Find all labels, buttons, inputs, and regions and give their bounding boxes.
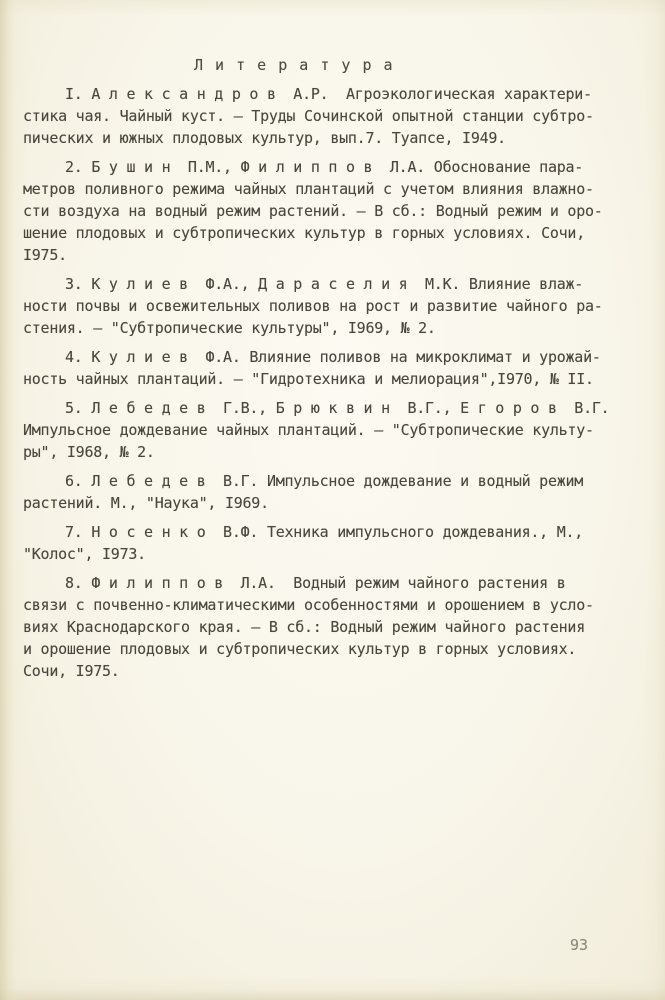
reference-line: Сочи, I975.	[23, 660, 645, 682]
reference-line: и орошение плодовых и субтропических кул…	[23, 638, 645, 660]
reference-entry-6: 6. Л е б е д е в В.Г. Импульсное дождева…	[23, 470, 645, 514]
reference-line: "Колос", I973.	[23, 543, 645, 565]
reference-line: 7. Н о с е н к о В.Ф. Техника импульсног…	[23, 521, 645, 543]
reference-line: растений. М., "Наука", I969.	[23, 492, 645, 514]
reference-line: ность чайных плантаций. – "Гидротехника …	[23, 368, 645, 390]
reference-entry-8: 8. Ф и л и п п о в Л.А. Водный режим чай…	[23, 572, 645, 682]
reference-entry-1: I. А л е к с а н д р о в А.Р. Агроэколог…	[23, 83, 645, 149]
reference-line: Импульсное дождевание чайных плантаций. …	[23, 419, 645, 441]
page-number: 93	[570, 934, 588, 956]
reference-entry-2: 2. Б у ш и н П.М., Ф и л и п п о в Л.А. …	[23, 156, 645, 266]
reference-line: сти воздуха на водный режим растений. – …	[23, 200, 645, 222]
reference-line: метров поливного режима чайных плантаций…	[23, 178, 645, 200]
reference-line: 2. Б у ш и н П.М., Ф и л и п п о в Л.А. …	[23, 156, 645, 178]
page-content: Л и т е р а т у р а I. А л е к с а н д р…	[23, 54, 645, 682]
reference-line: виях Краснодарского края. – В сб.: Водны…	[23, 616, 645, 638]
reference-line: 8. Ф и л и п п о в Л.А. Водный режим чай…	[23, 572, 645, 594]
reference-line: 6. Л е б е д е в В.Г. Импульсное дождева…	[23, 470, 645, 492]
reference-line: ности почвы и освежительных поливов на р…	[23, 295, 645, 317]
reference-line: 4. К у л и е в Ф.А. Влияние поливов на м…	[23, 346, 645, 368]
reference-line: пических и южных плодовых культур, вып.7…	[23, 127, 645, 149]
reference-line: ры", I968, № 2.	[23, 441, 645, 463]
reference-line: I. А л е к с а н д р о в А.Р. Агроэколог…	[23, 83, 645, 105]
reference-line: связи с почвенно-климатическими особенно…	[23, 594, 645, 616]
reference-line: 3. К у л и е в Ф.А., Д а р а с е л и я М…	[23, 273, 645, 295]
reference-line: стика чая. Чайный куст. – Труды Сочинско…	[23, 105, 645, 127]
reference-line: стения. – "Субтропические культуры", I96…	[23, 317, 645, 339]
reference-entry-4: 4. К у л и е в Ф.А. Влияние поливов на м…	[23, 346, 645, 390]
reference-line: шение плодовых и субтропических культур …	[23, 222, 645, 244]
reference-entry-3: 3. К у л и е в Ф.А., Д а р а с е л и я М…	[23, 273, 645, 339]
reference-line: 5. Л е б е д е в Г.В., Б р ю к в и н В.Г…	[23, 397, 645, 419]
reference-entry-5: 5. Л е б е д е в Г.В., Б р ю к в и н В.Г…	[23, 397, 645, 463]
scanned-document-page: Л и т е р а т у р а I. А л е к с а н д р…	[0, 0, 665, 1000]
reference-entry-7: 7. Н о с е н к о В.Ф. Техника импульсног…	[23, 521, 645, 565]
page-title: Л и т е р а т у р а	[23, 54, 565, 76]
reference-line: I975.	[23, 244, 645, 266]
